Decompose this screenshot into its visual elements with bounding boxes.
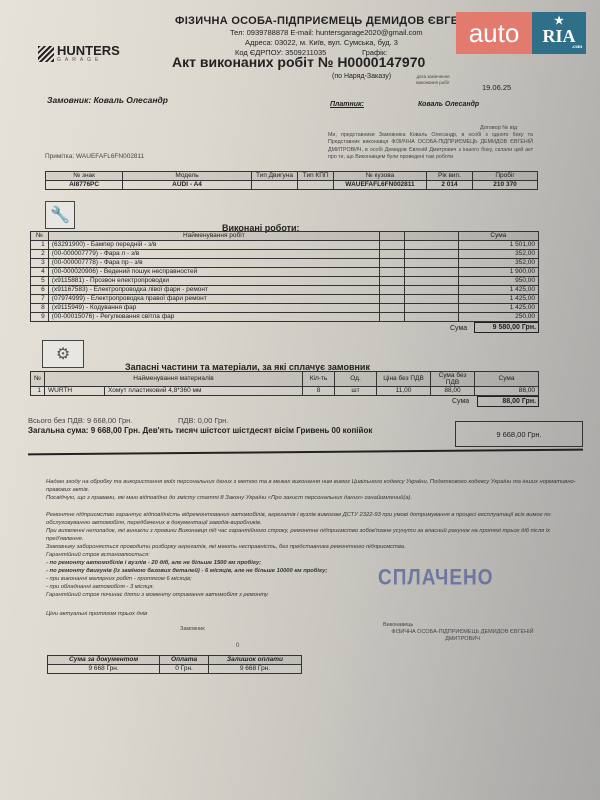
work-empty: [379, 250, 404, 259]
work-name: (07974999) - Електропроводка правої фари…: [48, 295, 379, 304]
works-header: №: [31, 232, 49, 241]
logo-name: HUNTERS: [57, 44, 120, 57]
year: 2 014: [426, 181, 472, 190]
company-address: Адреса: 03022, м. Київ, вул. Сумська, бу…: [245, 38, 398, 47]
autoria-ria: ★ RIA .com: [532, 12, 586, 54]
table-row: 4(00-000020906) - Ведений пошук несправн…: [31, 268, 539, 277]
payment-header: Залишок оплати: [208, 656, 301, 665]
engine-type: [251, 181, 297, 190]
vehicle-header: Модель: [123, 172, 252, 181]
works-header: Сума: [458, 232, 538, 241]
parts-total-label: Сума: [452, 398, 469, 405]
work-empty: [405, 250, 458, 259]
autoria-auto: auto: [456, 12, 532, 54]
works-header: [405, 232, 458, 241]
work-empty: [405, 286, 458, 295]
work-number: 1: [31, 241, 49, 250]
table-row: 9(00-00015076) - Регулювання світла фар2…: [31, 313, 539, 322]
table-row: 8(x9115949) - Кодування фар1 425,00: [31, 304, 539, 313]
table-row: 1(63291900) - Бампер передній - з/в1 501…: [31, 241, 539, 250]
grand-total-words: 9 668,00 Грн. Дев'ять тисяч шістсот шіст…: [91, 426, 373, 435]
table-row: 6(x91167583) - Електропроводка лівої фар…: [31, 286, 539, 295]
work-number: 2: [31, 250, 49, 259]
work-name: (63291900) - Бампер передній - з/в: [48, 241, 379, 250]
vehicle-header: Рік вип.: [426, 172, 472, 181]
warranty-text: Ремонтне підприємство гарантує відповідн…: [46, 511, 576, 599]
gearbox-type: [298, 181, 334, 190]
vat: ПДВ: 0,00 Грн.: [178, 416, 228, 425]
part-sum: 88,00: [475, 387, 539, 396]
wrench-icon: 🔧: [45, 201, 75, 229]
act-date: 19.06.25: [482, 83, 511, 92]
work-name: (00-000020906) - Ведений пошук несправно…: [48, 268, 379, 277]
table-row: 3(00-000007778) - Фара пр - з/в352,00: [31, 259, 539, 268]
vehicle-table: № знак Модель Тип Двигуна Тип КПП № кузо…: [45, 171, 538, 190]
work-number: 6: [31, 286, 49, 295]
part-sum-novat: 88,00: [431, 387, 475, 396]
works-header: [379, 232, 404, 241]
warranty-line: Замовнику забороняється проводити розбор…: [46, 543, 576, 551]
table-row: 2(00-000007779) - Фара л - з/в352,00: [31, 250, 539, 259]
vehicle-note: Примітка: WAUEFAFL6FN002811: [45, 153, 144, 160]
consent-line: Посвідчую, що з правами, які маю відпові…: [46, 494, 576, 502]
document-sum: 9 668 Грн.: [48, 665, 160, 674]
parts-header: Од.: [335, 372, 377, 387]
works-table: № Найменування робіт Сума 1(63291900) - …: [30, 231, 539, 322]
part-brand: WURTH: [44, 387, 104, 396]
autoria-com: .com: [572, 45, 582, 50]
work-name: (00-000007778) - Фара пр - з/в: [48, 259, 379, 268]
table-row: 1 WURTH Хомут пластиковий 4,8*360 мм 8 ш…: [31, 387, 539, 396]
work-empty: [405, 268, 458, 277]
work-empty: [379, 313, 404, 322]
mileage: 210 370: [473, 181, 538, 190]
company-contacts: Тел: 0939788878 E-mail: huntersgarage202…: [230, 28, 423, 37]
work-sum: 1 900,00: [458, 268, 538, 277]
date-label: дата закінчення виконання робіт: [412, 74, 454, 86]
parts-header: Ціна без ПДВ: [377, 372, 431, 387]
plate-number: AI8776PC: [46, 181, 123, 190]
grand-total-text: Загальна сума: 9 668,00 Грн. Дев'ять тис…: [28, 425, 388, 436]
warranty-line: - по ремонту автомобілів і вузлів - 20 д…: [46, 559, 576, 567]
hunters-garage-logo: HUNTERS GARAGE: [38, 44, 120, 63]
parts-header: Сума без ПДВ: [431, 372, 475, 387]
executor-name: ФІЗИЧНА ОСОБА-ПІДПРИЄМЕЦЬ ДЕМИДОВ ЄВГЕНІ…: [390, 629, 535, 643]
warranty-line: Гарантійний строк починає діяти з момент…: [46, 591, 576, 599]
parts-header: Кіл-ть: [303, 372, 335, 387]
work-sum: 1 425,00: [458, 295, 538, 304]
act-intro: Ми, представники Замовника Коваль Олесан…: [328, 132, 533, 161]
grand-total-label: Загальна сума:: [28, 426, 88, 435]
work-empty: [379, 268, 404, 277]
work-number: 9: [31, 313, 49, 322]
warranty-line: Ремонтне підприємство гарантує відповідн…: [46, 511, 576, 527]
logo-stripes-icon: [38, 46, 54, 62]
work-number: 7: [31, 295, 49, 304]
consent-line: Надаю згоду на обробку та використання м…: [46, 478, 576, 494]
vehicle-header: Пробіг: [473, 172, 538, 181]
customer: Замовник: Коваль Олесандр: [47, 95, 168, 105]
work-sum: 352,00: [458, 259, 538, 268]
work-number: 5: [31, 277, 49, 286]
part-qty: 8: [303, 387, 335, 396]
warranty-line: - при виконанні малярних робіт - протяго…: [46, 575, 576, 583]
work-name: (00-000007779) - Фара л - з/в: [48, 250, 379, 259]
table-row: 7(07974999) - Електропроводка правої фар…: [31, 295, 539, 304]
work-empty: [405, 295, 458, 304]
act-title: Акт виконаних робіт № Н0000147970: [172, 54, 425, 70]
payer-name: Коваль Олесандр: [418, 101, 479, 108]
parts-icon: ⚙: [42, 340, 84, 368]
work-sum: 1 425,00: [458, 286, 538, 295]
total-without-vat: Всього без ПДВ: 9 668,00 Грн.: [28, 416, 132, 425]
payment-table: Сума за документом Оплата Залишок оплати…: [47, 655, 302, 674]
work-empty: [379, 304, 404, 313]
paid-stamp: СПЛАЧЕНО: [378, 566, 494, 591]
act-subtitle: (по Наряд-Заказу): [332, 73, 391, 80]
work-sum: 352,00: [458, 250, 538, 259]
part-unit: шт: [335, 387, 377, 396]
work-number: 3: [31, 259, 49, 268]
prices-valid: Ціни актуальні протягом трьох днів: [46, 610, 147, 618]
work-sum: 1 425,00: [458, 304, 538, 313]
work-name: (x9115881) - Прозвон електропроводки: [48, 277, 379, 286]
warranty-line: При виявленні неполадок, які виникли з п…: [46, 527, 576, 543]
work-number: 8: [31, 304, 49, 313]
vehicle-header: Тип Двигуна: [251, 172, 297, 181]
work-name: (x91167583) - Електропроводка лівої фари…: [48, 286, 379, 295]
autoria-ria-text: RIA: [542, 27, 575, 45]
divider: [28, 449, 583, 456]
vehicle-header: № кузова: [334, 172, 427, 181]
work-empty: [405, 277, 458, 286]
autoria-watermark: auto ★ RIA .com: [456, 12, 586, 54]
part-price: 11,00: [377, 387, 431, 396]
work-empty: [405, 259, 458, 268]
work-sum: 1 501,00: [458, 241, 538, 250]
part-number: 1: [31, 387, 45, 396]
vehicle-header: Тип КПП: [298, 172, 334, 181]
works-header: Найменування робіт: [48, 232, 379, 241]
work-number: 4: [31, 268, 49, 277]
customer-signature-value: 0: [236, 643, 239, 649]
work-empty: [379, 259, 404, 268]
work-name: (x9115949) - Кодування фар: [48, 304, 379, 313]
work-sum: 950,00: [458, 277, 538, 286]
work-empty: [379, 277, 404, 286]
works-total-label: Сума: [450, 325, 467, 332]
contract-number: Договор № від: [480, 125, 517, 131]
payment-header: Оплата: [160, 656, 209, 665]
work-sum: 250,00: [458, 313, 538, 322]
work-name: (00-00015076) - Регулювання світла фар: [48, 313, 379, 322]
remaining-amount: 9 668 Грн.: [208, 665, 301, 674]
work-empty: [379, 286, 404, 295]
grand-total-box: 9 668,00 Грн.: [455, 421, 583, 447]
parts-total: 88,00 Грн.: [477, 396, 539, 407]
work-empty: [405, 304, 458, 313]
payer-label: Платник:: [330, 101, 364, 108]
works-total: 9 580,00 Грн.: [474, 322, 539, 333]
customer-signature-label: Замовник: [180, 626, 205, 632]
warranty-line: - по ремонту двигунів (із заміною базови…: [46, 567, 576, 575]
work-empty: [405, 241, 458, 250]
vehicle-header: № знак: [46, 172, 123, 181]
work-empty: [379, 241, 404, 250]
parts-header: Найменування материалів: [44, 372, 302, 387]
table-row: 5(x9115881) - Прозвон електропроводки950…: [31, 277, 539, 286]
work-empty: [379, 295, 404, 304]
vin: WAUEFAFL6FN002811: [334, 181, 427, 190]
parts-table: № Найменування материалів Кіл-ть Од. Цін…: [30, 371, 539, 396]
payment-header: Сума за документом: [48, 656, 160, 665]
model: AUDI - A4: [123, 181, 252, 190]
executor-label: Виконавець: [383, 622, 413, 628]
paid-amount: 0 Грн.: [160, 665, 209, 674]
warranty-line: Гарантійний строк встановлюється:: [46, 551, 576, 559]
parts-header: №: [31, 372, 45, 387]
work-empty: [405, 313, 458, 322]
parts-header: Сума: [475, 372, 539, 387]
consent-text: Надаю згоду на обробку та використання м…: [46, 478, 576, 502]
part-name: Хомут пластиковий 4,8*360 мм: [104, 387, 302, 396]
warranty-line: - при обладнанні автомобіля - 3 місяця.: [46, 583, 576, 591]
